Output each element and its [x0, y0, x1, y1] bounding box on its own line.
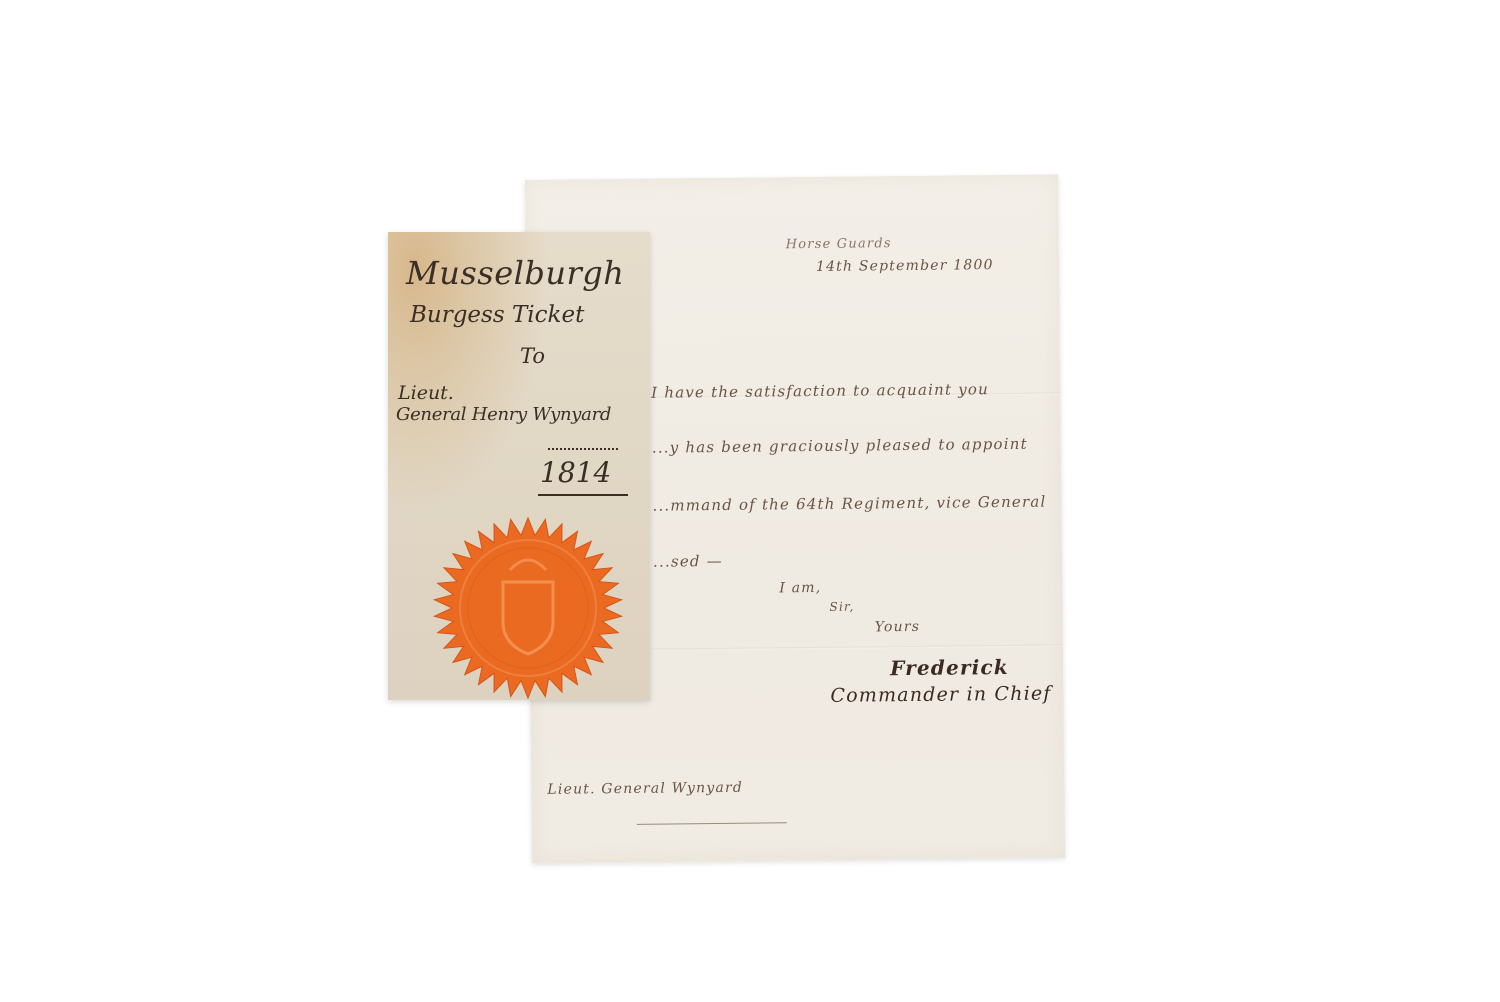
letter-closing: Yours	[875, 619, 921, 635]
letter-signature: Frederick	[890, 655, 1009, 680]
addressee-underline	[637, 822, 787, 825]
ticket-kind: Burgess Ticket	[410, 302, 584, 328]
wax-seal-icon	[428, 512, 628, 704]
letter-signature-title: Commander in Chief	[830, 683, 1051, 707]
ticket-flourish	[548, 448, 618, 450]
letter-body-line: ...sed —	[653, 552, 723, 571]
ticket-to: To	[520, 344, 545, 368]
letter-date: 14th September 1800	[816, 257, 994, 275]
letter-body-line: ...mmand of the 64th Regiment, vice Gene…	[652, 493, 1046, 515]
letter-closing: Sir,	[829, 600, 854, 614]
letter-body-line: I have the satisfaction to acquaint you	[651, 380, 989, 402]
ticket-name: General Henry Wynyard	[396, 404, 611, 425]
ticket-rank: Lieut.	[398, 382, 454, 404]
letter-closing: I am,	[779, 580, 821, 596]
letter-addressee: Lieut. General Wynyard	[547, 780, 743, 798]
letter-place: Horse Guards	[786, 236, 892, 252]
ticket-year: 1814	[540, 456, 611, 489]
ticket-year-underline	[538, 494, 628, 496]
letter-body-line: ...y has been graciously pleased to appo…	[652, 435, 1028, 457]
ticket-town: Musselburgh	[406, 254, 624, 292]
